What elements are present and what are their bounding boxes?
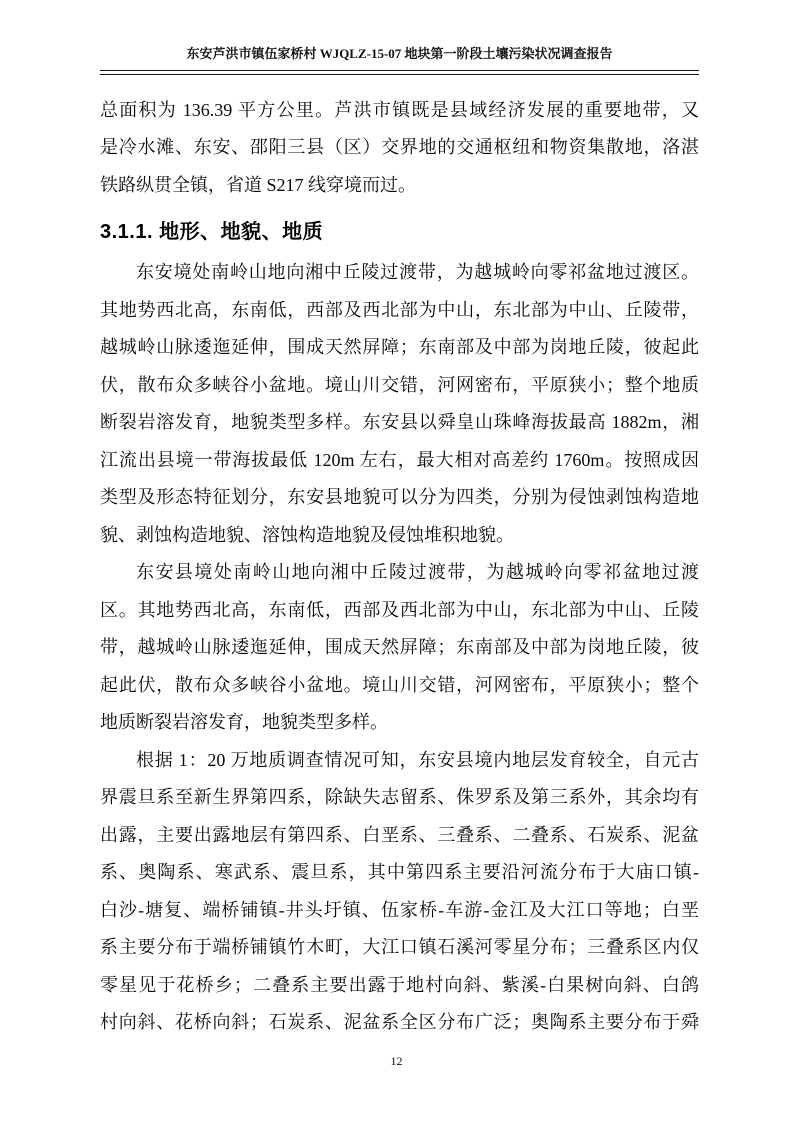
paragraph: 东安境处南岭山地向湘中丘陵过渡带，为越城岭向零祁盆地过渡区。 其地势西北高，东南… (100, 254, 699, 554)
paragraph-line: 江流出县境一带海拔最低 120m 左右，最大相对高差约 1760m。按照成因 (100, 442, 699, 480)
paragraph-line: 类型及形态特征划分，东安县地貌可以分为四类，分别为侵蚀剥蚀构造地 (100, 479, 699, 517)
paragraph-line: 伏，散布众多峡谷小盆地。境山川交错，河网密布，平原狭小；整个地质 (100, 367, 699, 405)
paragraph: 东安县境处南岭山地向湘中丘陵过渡带，为越城岭向零祁盆地过渡 区。其地势西北高，东… (100, 554, 699, 742)
section-heading: 3.1.1. 地形、地貌、地质 (100, 217, 699, 247)
paragraph-line: 断裂岩溶发育，地貌类型多样。东安县以舜皇山珠峰海拔最高 1882m，湘 (100, 404, 699, 442)
paragraph: 总面积为 136.39 平方公里。芦洪市镇既是县域经济发展的重要地带，又 是冷水… (100, 92, 699, 205)
paragraph-line: 其地势西北高，东南低，西部及西北部为中山，东北部为中山、丘陵带， (100, 292, 699, 330)
paragraph-line: 出露，主要出露地层有第四系、白垩系、三叠系、二叠系、石炭系、泥盆 (100, 817, 699, 855)
paragraph-line: 起此伏，散布众多峡谷小盆地。境山川交错，河网密布，平原狭小；整个 (100, 667, 699, 705)
paragraph-line: 越城岭山脉逶迤延伸，围成天然屏障；东南部及中部为岗地丘陵，彼起此 (100, 329, 699, 367)
paragraph-line: 村向斜、花桥向斜；石炭系、泥盆系全区分布广泛；奥陶系主要分布于舜 (100, 1004, 699, 1042)
paragraph: 根据 1：20 万地质调查情况可知，东安县境内地层发育较全，自元古 界震旦系至新… (100, 742, 699, 1042)
paragraph-line: 区。其地势西北高，东南低，西部及西北部为中山，东北部为中山、丘陵 (100, 592, 699, 630)
paragraph-line: 系主要分布于端桥铺镇竹木町，大江口镇石溪河零星分布；三叠系区内仅 (100, 929, 699, 967)
header-double-rule (100, 70, 699, 75)
paragraph-line: 东安境处南岭山地向湘中丘陵过渡带，为越城岭向零祁盆地过渡区。 (100, 254, 699, 292)
paragraph-line: 铁路纵贯全镇，省道 S217 线穿境而过。 (100, 167, 699, 205)
paragraph-line: 系、奥陶系、寒武系、震旦系，其中第四系主要沿河流分布于大庙口镇- (100, 854, 699, 892)
paragraph-line: 界震旦系至新生界第四系，除缺失志留系、侏罗系及第三系外，其余均有 (100, 779, 699, 817)
paragraph-line: 总面积为 136.39 平方公里。芦洪市镇既是县域经济发展的重要地带，又 (100, 92, 699, 130)
paragraph-line: 带，越城岭山脉逶迤延伸，围成天然屏障；东南部及中部为岗地丘陵，彼 (100, 629, 699, 667)
paragraph-line: 是冷水滩、东安、邵阳三县（区）交界地的交通枢纽和物资集散地，洛湛 (100, 129, 699, 167)
document-page: 东安芦洪市镇伍家桥村 WJQLZ-15-07 地块第一阶段土壤污染状况调查报告 … (0, 0, 793, 1122)
page-number: 12 (0, 1053, 793, 1069)
paragraph-line: 白沙-塘复、端桥铺镇-井头圩镇、伍家桥-车游-金江及大江口等地；白垩 (100, 892, 699, 930)
page-header-title: 东安芦洪市镇伍家桥村 WJQLZ-15-07 地块第一阶段土壤污染状况调查报告 (100, 45, 699, 63)
paragraph-line: 地质断裂岩溶发育，地貌类型多样。 (100, 704, 699, 742)
document-body: 总面积为 136.39 平方公里。芦洪市镇既是县域经济发展的重要地带，又 是冷水… (100, 92, 699, 1042)
paragraph-line: 貌、剥蚀构造地貌、溶蚀构造地貌及侵蚀堆积地貌。 (100, 517, 699, 555)
paragraph-line: 根据 1：20 万地质调查情况可知，东安县境内地层发育较全，自元古 (100, 742, 699, 780)
paragraph-line: 零星见于花桥乡；二叠系主要出露于地村向斜、紫溪-白果树向斜、白鸽 (100, 967, 699, 1005)
paragraph-line: 东安县境处南岭山地向湘中丘陵过渡带，为越城岭向零祁盆地过渡 (100, 554, 699, 592)
